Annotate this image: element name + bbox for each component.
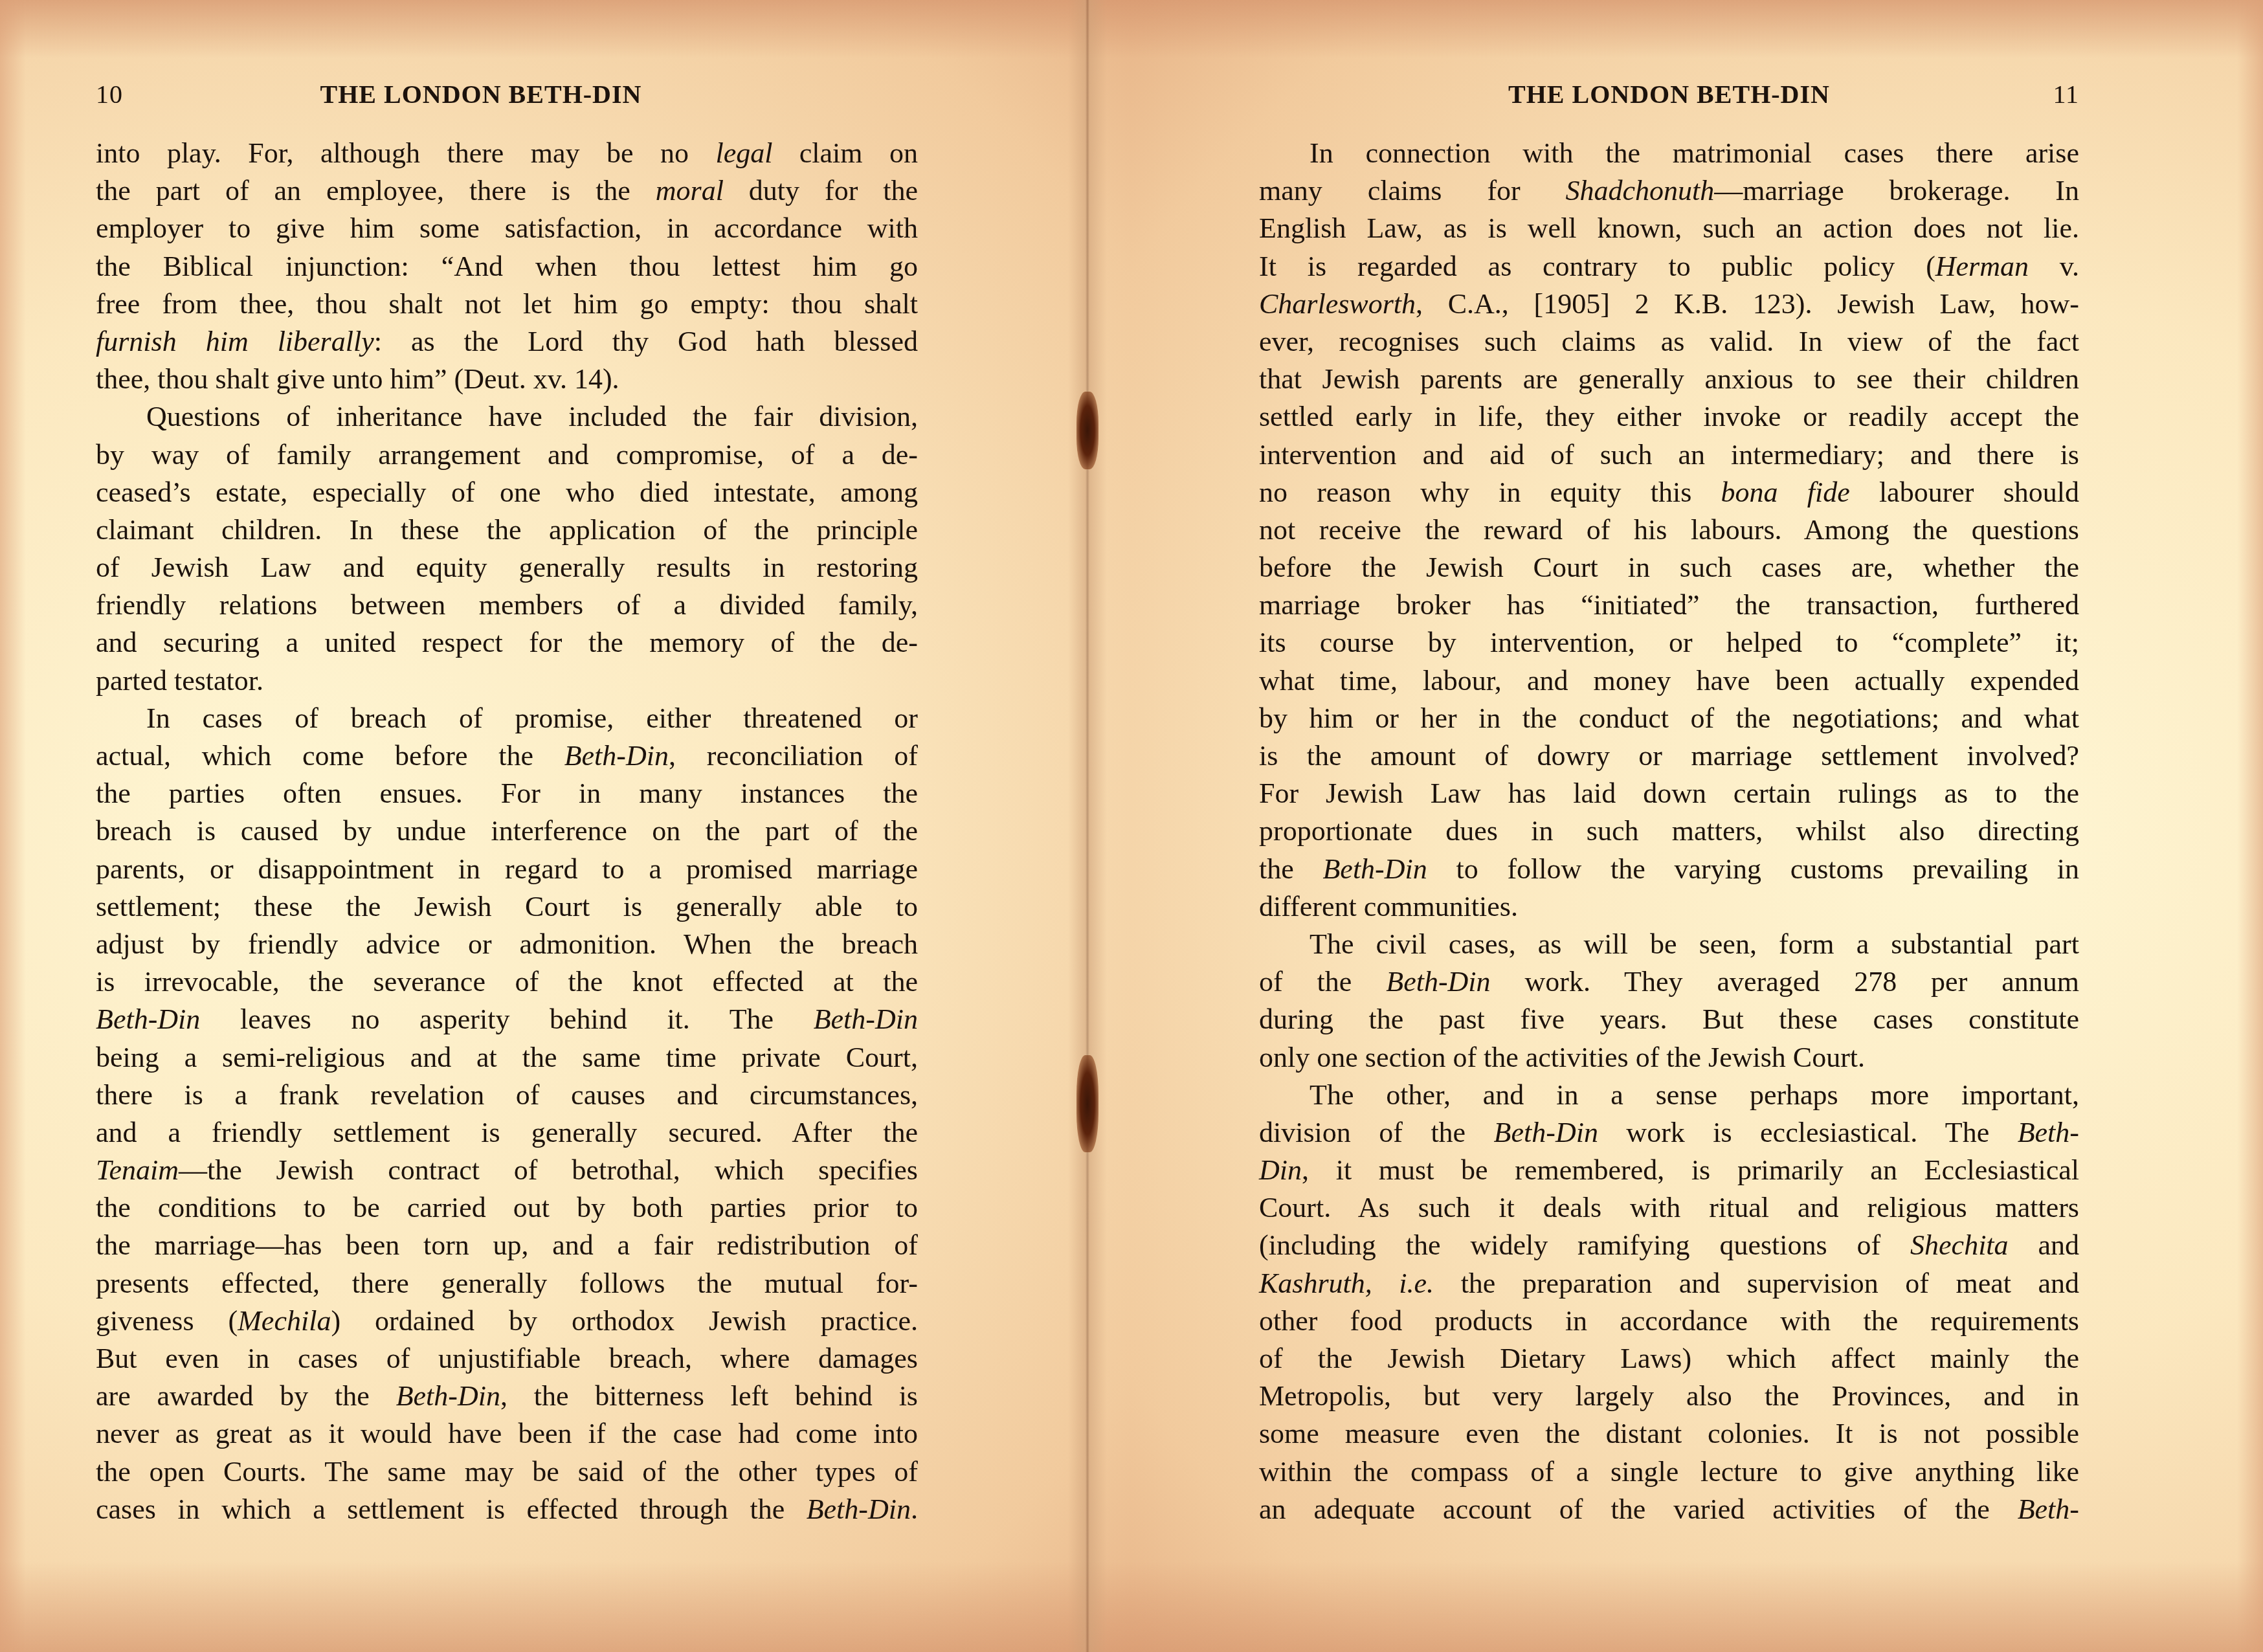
text-line: different communities.	[1259, 888, 2079, 926]
text-run: The civil cases, as will be seen, form a…	[1310, 928, 2079, 960]
text-run: parents, or disappointment in regard to …	[96, 853, 918, 885]
text-run: marriage broker has “initiated” the tran…	[1259, 589, 2079, 621]
text-run: , C.A., [1905] 2 K.B. 123). Jewish Law, …	[1416, 288, 2079, 320]
text-line: English Law, as is well known, such an a…	[1259, 210, 2079, 247]
paper-edge-right	[2237, 0, 2263, 1652]
text-run: —the Jewish contract of betrothal, which…	[179, 1154, 918, 1186]
text-run: not receive the reward of his labours. A…	[1259, 514, 2079, 546]
text-run: In cases of breach of promise, either th…	[146, 702, 918, 734]
rust-staple-mark-lower	[1076, 1055, 1098, 1152]
text-line: cases in which a settlement is effected …	[96, 1491, 918, 1528]
text-run: the Biblical injunction: “And when thou …	[96, 251, 918, 282]
text-line: no reason why in equity this bona fide l…	[1259, 474, 2079, 511]
text-run: the marriage—has been torn up, and a fai…	[96, 1229, 918, 1261]
text-run: settlement; these the Jewish Court is ge…	[96, 891, 918, 922]
text-line: The civil cases, as will be seen, form a…	[1259, 926, 2079, 963]
text-run: the open Courts. The same may be said of…	[96, 1456, 918, 1488]
text-line: being a semi-religious and at the same t…	[96, 1039, 918, 1077]
text-run: of the	[1259, 966, 1386, 998]
text-line: the conditions to be carried out by both…	[96, 1189, 918, 1227]
italic-term: moral	[656, 175, 724, 206]
text-line: adjust by friendly advice or admonition.…	[96, 926, 918, 963]
text-line: proportionate dues in such matters, whil…	[1259, 812, 2079, 850]
text-run: of the Jewish Dietary Laws) which affect…	[1259, 1343, 2079, 1374]
text-line: some measure even the distant colonies. …	[1259, 1415, 2079, 1453]
text-line: of the Beth-Din work. They averaged 278 …	[1259, 963, 2079, 1001]
text-run: Questions of inheritance have included t…	[146, 401, 918, 432]
text-line: Beth-Din leaves no asperity behind it. T…	[96, 1001, 918, 1038]
text-run: its course by intervention, or helped to…	[1259, 627, 2079, 658]
text-run: many claims for	[1259, 175, 1566, 206]
italic-term: Beth-Din	[396, 1380, 500, 1412]
text-run: ceased’s estate, especially of one who d…	[96, 476, 918, 508]
text-run: actual, which come before the	[96, 740, 564, 772]
text-run: intervention and aid of such an intermed…	[1259, 439, 2079, 471]
text-line: is irrevocable, the severance of the kno…	[96, 963, 918, 1001]
text-run: , the bitterness left behind is	[500, 1380, 918, 1412]
text-line: For Jewish Law has laid down certain rul…	[1259, 775, 2079, 812]
text-line: actual, which come before the Beth-Din, …	[96, 737, 918, 775]
text-line: only one section of the activities of th…	[1259, 1039, 2079, 1077]
text-line: the open Courts. The same may be said of…	[96, 1453, 918, 1491]
text-run: being a semi-religious and at the same t…	[96, 1042, 918, 1073]
text-run: leaves no asperity behind it. The	[200, 1003, 813, 1035]
text-run: that Jewish parents are generally anxiou…	[1259, 363, 2079, 395]
text-line: employer to give him some satisfaction, …	[96, 210, 918, 247]
text-run: to follow the varying customs prevailing…	[1427, 853, 2079, 885]
text-run: —marriage brokerage. In	[1714, 175, 2079, 206]
text-line: of Jewish Law and equity generally resul…	[96, 549, 918, 586]
text-run: breach is caused by undue interference o…	[96, 815, 918, 847]
italic-term: Beth-	[2018, 1117, 2079, 1148]
text-run: friendly relations between members of a …	[96, 589, 918, 621]
text-line: claimant children. In these the applicat…	[96, 511, 918, 549]
text-run: giveness (	[96, 1305, 238, 1337]
book-gutter-fold	[1068, 0, 1107, 1652]
text-run: The other, and in a sense perhaps more i…	[1310, 1079, 2079, 1111]
text-run: Metropolis, but very largely also the Pr…	[1259, 1380, 2079, 1412]
text-run: employer to give him some satisfaction, …	[96, 212, 918, 244]
text-line: intervention and aid of such an intermed…	[1259, 436, 2079, 474]
text-run: and a friendly settlement is generally s…	[96, 1117, 918, 1148]
text-line: In cases of breach of promise, either th…	[96, 700, 918, 737]
italic-term: bona fide	[1721, 476, 1850, 508]
text-run: into play. For, although there may be no	[96, 137, 715, 169]
text-line: the Biblical injunction: “And when thou …	[96, 248, 918, 285]
running-head-title: THE LONDON BETH-DIN	[1259, 79, 2079, 109]
text-line: thee, thou shalt give unto him” (Deut. x…	[96, 361, 918, 398]
text-run: It is regarded as contrary to public pol…	[1259, 251, 1935, 282]
text-run: is irrevocable, the severance of the kno…	[96, 966, 918, 998]
text-run: different communities.	[1259, 891, 1518, 922]
text-line: ceased’s estate, especially of one who d…	[96, 474, 918, 511]
text-line: and securing a united respect for the me…	[96, 624, 918, 662]
text-run: duty for the	[724, 175, 918, 206]
italic-term: Beth-	[2018, 1493, 2079, 1525]
text-run: presents effected, there generally follo…	[96, 1267, 918, 1299]
right-running-head: THE LONDON BETH-DIN 11	[1259, 79, 2079, 111]
text-run: But even in cases of unjustifiable breac…	[96, 1343, 918, 1374]
text-run: For Jewish Law has laid down certain rul…	[1259, 777, 2079, 809]
text-line: Charlesworth, C.A., [1905] 2 K.B. 123). …	[1259, 285, 2079, 323]
rust-staple-mark-upper	[1076, 392, 1098, 469]
italic-term: Kashruth, i.e.	[1259, 1267, 1434, 1299]
text-run: never as great as it would have been if …	[96, 1418, 918, 1449]
italic-term: Beth-Din	[564, 740, 669, 772]
text-run: proportionate dues in such matters, whil…	[1259, 815, 2079, 847]
text-run: , it must be remembered, is primarily an…	[1302, 1154, 2079, 1186]
text-run: there is a frank revelation of causes an…	[96, 1079, 918, 1111]
text-run: .	[911, 1493, 918, 1525]
text-run: thee, thou shalt give unto him” (Deut. x…	[96, 363, 619, 395]
text-run: only one section of the activities of th…	[1259, 1042, 1865, 1073]
italic-term: Beth-Din	[1386, 966, 1490, 998]
text-run: are awarded by the	[96, 1380, 396, 1412]
text-run: Court. As such it deals with ritual and …	[1259, 1192, 2079, 1223]
text-run: claim on	[772, 137, 918, 169]
text-line: never as great as it would have been if …	[96, 1415, 918, 1453]
text-line: the part of an employee, there is the mo…	[96, 172, 918, 210]
text-line: Court. As such it deals with ritual and …	[1259, 1189, 2079, 1227]
text-line: is the amount of dowry or marriage settl…	[1259, 737, 2079, 775]
text-run: v.	[2029, 251, 2079, 282]
text-run: some measure even the distant colonies. …	[1259, 1418, 2079, 1449]
text-line: presents effected, there generally follo…	[96, 1265, 918, 1302]
text-line: not receive the reward of his labours. A…	[1259, 511, 2079, 549]
text-run: the parties often ensues. For in many in…	[96, 777, 918, 809]
text-line: The other, and in a sense perhaps more i…	[1259, 1077, 2079, 1114]
text-line: are awarded by the Beth-Din, the bittern…	[96, 1378, 918, 1415]
text-run: during the past five years. But these ca…	[1259, 1003, 2079, 1035]
text-line: In connection with the matrimonial cases…	[1259, 135, 2079, 172]
text-line: furnish him liberally: as the Lord thy G…	[96, 323, 918, 361]
text-line: ever, recognises such claims as valid. I…	[1259, 323, 2079, 361]
text-run: adjust by friendly advice or admonition.…	[96, 928, 918, 960]
text-run: work is ecclesiastical. The	[1598, 1117, 2018, 1148]
text-run: free from thee, thou shalt not let him g…	[96, 288, 918, 320]
text-line: by him or her in the conduct of the nego…	[1259, 700, 2079, 737]
italic-term: Mechila	[238, 1305, 331, 1337]
running-head-title: THE LONDON BETH-DIN	[96, 79, 918, 109]
text-line: Kashruth, i.e. the preparation and super…	[1259, 1265, 2079, 1302]
text-line: But even in cases of unjustifiable breac…	[96, 1340, 918, 1378]
italic-term: Shechita	[1910, 1229, 2009, 1261]
text-run: (including the widely ramifying question…	[1259, 1229, 1910, 1261]
text-run: of Jewish Law and equity generally resul…	[96, 552, 918, 583]
text-run: other food products in accordance with t…	[1259, 1305, 2079, 1337]
italic-term: Tenaim	[96, 1154, 179, 1186]
paper-edge-left	[0, 0, 26, 1652]
text-line: parents, or disappointment in regard to …	[96, 851, 918, 888]
italic-term: Beth-Din	[1322, 853, 1427, 885]
text-line: marriage broker has “initiated” the tran…	[1259, 586, 2079, 624]
left-page: 10 THE LONDON BETH-DIN into play. For, a…	[96, 0, 918, 1652]
text-line: Din, it must be remembered, is primarily…	[1259, 1152, 2079, 1189]
text-run: by way of family arrangement and comprom…	[96, 439, 918, 471]
text-run: ever, recognises such claims as valid. I…	[1259, 326, 2079, 357]
text-run: what time, labour, and money have been a…	[1259, 665, 2079, 697]
text-line: It is regarded as contrary to public pol…	[1259, 248, 2079, 285]
book-spread: 10 THE LONDON BETH-DIN into play. For, a…	[0, 0, 2263, 1652]
text-line: division of the Beth-Din work is ecclesi…	[1259, 1114, 2079, 1152]
text-run: parted testator.	[96, 665, 263, 697]
italic-term: Herman	[1935, 251, 2029, 282]
text-run: ) ordained by orthodox Jewish practice.	[331, 1305, 918, 1337]
text-run: labourer should	[1850, 476, 2079, 508]
right-page: THE LONDON BETH-DIN 11 In connection wit…	[1259, 0, 2079, 1652]
text-line: breach is caused by undue interference o…	[96, 812, 918, 850]
text-line: its course by intervention, or helped to…	[1259, 624, 2079, 662]
text-line: within the compass of a single lecture t…	[1259, 1453, 2079, 1491]
text-run: by him or her in the conduct of the nego…	[1259, 702, 2079, 734]
text-line: parted testator.	[96, 662, 918, 700]
italic-term: Beth-Din	[96, 1003, 200, 1035]
text-run: within the compass of a single lecture t…	[1259, 1456, 2079, 1488]
italic-term: Beth-Din	[1494, 1117, 1598, 1148]
text-line: (including the widely ramifying question…	[1259, 1227, 2079, 1264]
text-run: the	[1259, 853, 1322, 885]
left-running-head: 10 THE LONDON BETH-DIN	[96, 79, 918, 111]
text-line: before the Jewish Court in such cases ar…	[1259, 549, 2079, 586]
text-run: and securing a united respect for the me…	[96, 627, 918, 658]
text-line: Metropolis, but very largely also the Pr…	[1259, 1378, 2079, 1415]
text-run: , reconciliation of	[669, 740, 918, 772]
italic-term: Beth-Din	[807, 1493, 911, 1525]
text-run: work. They averaged 278 per annum	[1491, 966, 2079, 998]
text-run: : as the Lord thy God hath blessed	[374, 326, 918, 357]
text-run: In connection with the matrimonial cases…	[1310, 137, 2079, 169]
italic-term: furnish him liberally	[96, 326, 374, 357]
text-run: the conditions to be carried out by both…	[96, 1192, 918, 1223]
text-line: many claims for Shadchonuth—marriage bro…	[1259, 172, 2079, 210]
text-line: during the past five years. But these ca…	[1259, 1001, 2079, 1038]
text-line: and a friendly settlement is generally s…	[96, 1114, 918, 1152]
text-run: and	[2009, 1229, 2079, 1261]
italic-term: Din	[1259, 1154, 1302, 1186]
text-run: an adequate account of the varied activi…	[1259, 1493, 2018, 1525]
text-run: English Law, as is well known, such an a…	[1259, 212, 2079, 244]
text-line: there is a frank revelation of causes an…	[96, 1077, 918, 1114]
text-line: settlement; these the Jewish Court is ge…	[96, 888, 918, 926]
text-run: the preparation and supervision of meat …	[1434, 1267, 2079, 1299]
text-line: the Beth-Din to follow the varying custo…	[1259, 851, 2079, 888]
italic-term: legal	[715, 137, 772, 169]
text-run: cases in which a settlement is effected …	[96, 1493, 807, 1525]
text-line: the marriage—has been torn up, and a fai…	[96, 1227, 918, 1264]
text-line: friendly relations between members of a …	[96, 586, 918, 624]
text-run: claimant children. In these the applicat…	[96, 514, 918, 546]
italic-term: Shadchonuth	[1566, 175, 1715, 206]
right-page-body: In connection with the matrimonial cases…	[1259, 135, 2079, 1528]
text-line: of the Jewish Dietary Laws) which affect…	[1259, 1340, 2079, 1378]
text-run: is the amount of dowry or marriage settl…	[1259, 740, 2079, 772]
text-line: giveness (Mechila) ordained by orthodox …	[96, 1302, 918, 1340]
text-run: division of the	[1259, 1117, 1494, 1148]
text-line: that Jewish parents are generally anxiou…	[1259, 361, 2079, 398]
text-line: Tenaim—the Jewish contract of betrothal,…	[96, 1152, 918, 1189]
text-line: settled early in life, they either invok…	[1259, 398, 2079, 436]
text-line: into play. For, although there may be no…	[96, 135, 918, 172]
text-line: the parties often ensues. For in many in…	[96, 775, 918, 812]
text-line: free from thee, thou shalt not let him g…	[96, 285, 918, 323]
italic-term: Charlesworth	[1259, 288, 1416, 320]
italic-term: Beth-Din	[814, 1003, 918, 1035]
page-number: 11	[2053, 79, 2079, 109]
text-run: settled early in life, they either invok…	[1259, 401, 2079, 432]
text-line: an adequate account of the varied activi…	[1259, 1491, 2079, 1528]
text-run: no reason why in equity this	[1259, 476, 1721, 508]
left-page-body: into play. For, although there may be no…	[96, 135, 918, 1528]
text-line: by way of family arrangement and comprom…	[96, 436, 918, 474]
text-run: the part of an employee, there is the	[96, 175, 656, 206]
text-line: other food products in accordance with t…	[1259, 1302, 2079, 1340]
text-line: what time, labour, and money have been a…	[1259, 662, 2079, 700]
text-line: Questions of inheritance have included t…	[96, 398, 918, 436]
text-run: before the Jewish Court in such cases ar…	[1259, 552, 2079, 583]
